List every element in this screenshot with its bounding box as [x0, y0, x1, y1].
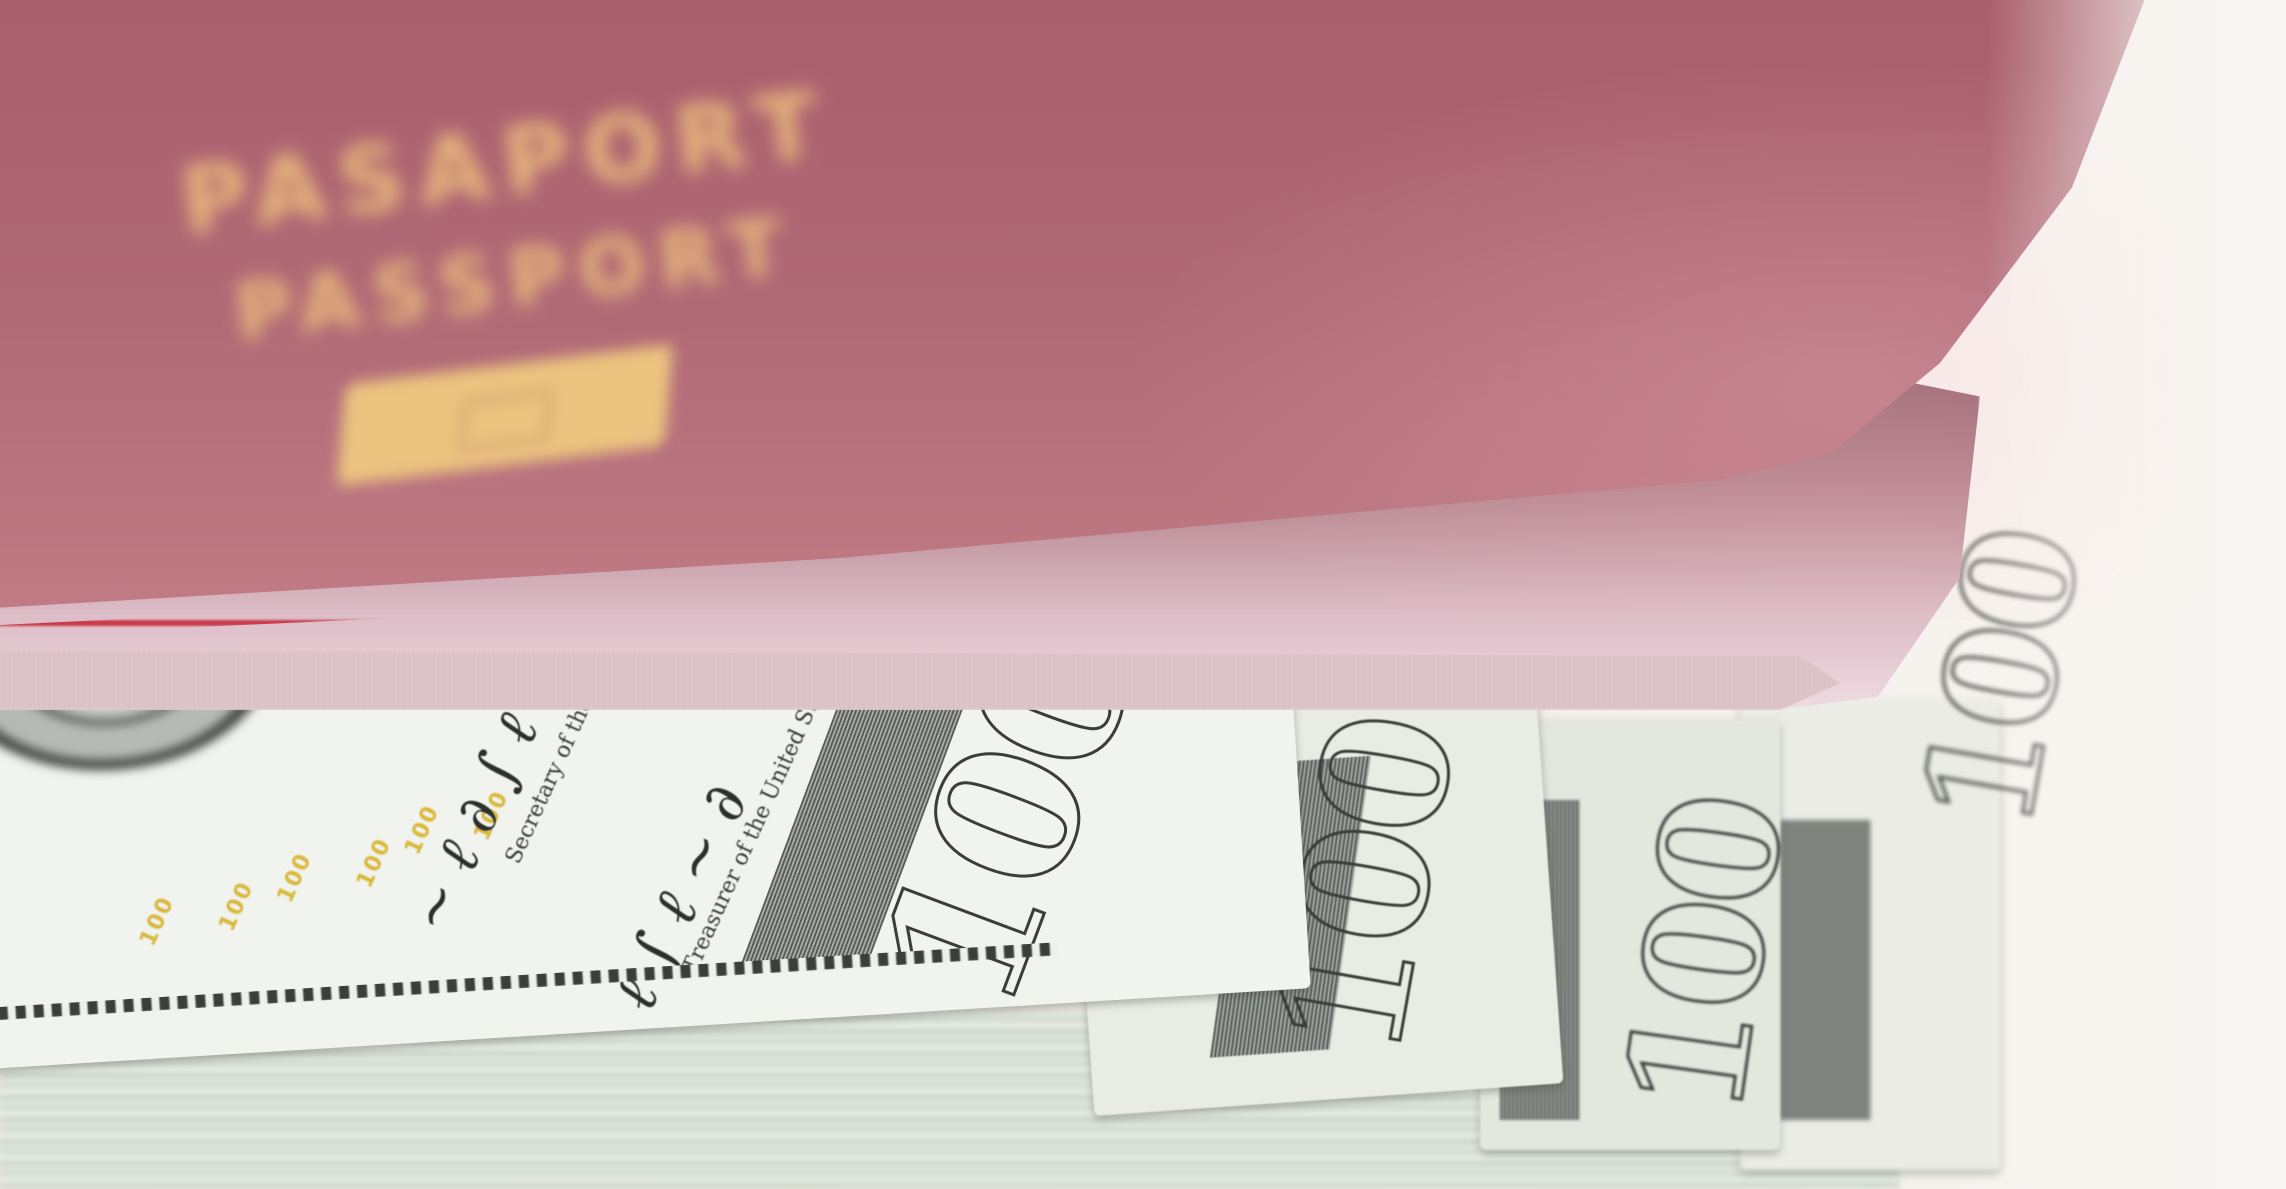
photo-scene: 100 100 100 100 100 100 100 100 100 ~ ℓ … [0, 0, 2286, 1189]
passport-page-edges [0, 650, 1940, 710]
bill-microprint: 100 [215, 878, 259, 936]
bill-microprint: 100 [273, 849, 317, 907]
bill-microprint: 100 [136, 892, 180, 950]
treasurer-signature: ℓ ∫ ℓ ~ ∂ [600, 774, 763, 1020]
bill-microprint: 100 [352, 834, 396, 892]
